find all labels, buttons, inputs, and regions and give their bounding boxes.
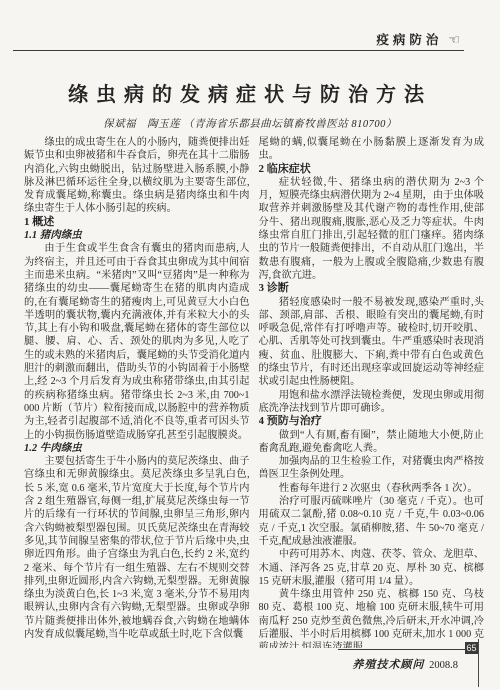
paragraph: 绦虫的成虫寄生在人的小肠内，随粪便排出妊娠节虫和虫卵被猪和牛吞食后，卵壳在其十二… bbox=[24, 136, 250, 216]
page-edge-line bbox=[478, 639, 479, 687]
footer-rule bbox=[338, 649, 477, 650]
paragraph: 由于生食或半生食含有囊虫的猪肉而患病,人为终宿主，并且还可由于吞食其虫卵成为其中… bbox=[24, 242, 250, 441]
paragraph: 症状轻微,牛、猪绦虫病的潜伏期为 2~3 个月，短膜壳绦虫病潜伏期为 2~4 星… bbox=[259, 176, 485, 282]
page-number-badge: 65 bbox=[465, 642, 478, 654]
paragraph: 性畜每年进行 2 次驱虫（春秋两季各 1 次）。 bbox=[259, 482, 485, 495]
section-heading: 2 临床症状 bbox=[259, 163, 485, 176]
paragraph: 做到“人有厕,畜有圈”，禁止随地大小便,防止畜禽乱跑,避免畜禽吃人粪。 bbox=[259, 429, 485, 456]
footer-journal-line: 养殖技术顾问 2008.8 bbox=[352, 656, 458, 672]
pointing-hand-icon: ☜ bbox=[448, 33, 460, 46]
section-heading: 3 诊断 bbox=[259, 282, 485, 295]
paragraph: 尾蚴的螨,似囊尾蚴在小肠黏膜上逐渐发育为成虫。 bbox=[259, 136, 485, 163]
section-heading: 1.1 猪肉绦虫 bbox=[24, 229, 250, 242]
section-label: 疫病防治 bbox=[376, 30, 442, 48]
page-header: 疫病防治 ☜ bbox=[376, 30, 460, 48]
paragraph: 治疗可服丙硫咪唑片（30 毫克 / 千克）。也可用硫双二氯酚,猪 0.08~0.… bbox=[259, 495, 485, 548]
author-affiliation-line: 保斌福 陶玉莲 （青海省乐都县曲坛镇畜牧兽医站 810700） bbox=[0, 116, 500, 131]
right-column: 尾蚴的螨,似囊尾蚴在小肠黏膜上逐渐发育为成虫。2 临床症状症状轻微,牛、猪绦虫病… bbox=[259, 136, 485, 648]
header-rule bbox=[13, 50, 464, 51]
journal-name: 养殖技术顾问 bbox=[352, 659, 424, 671]
section-heading: 1 概述 bbox=[24, 216, 250, 229]
left-column: 绦虫的成虫寄生在人的小肠内，随粪便排出妊娠节虫和虫卵被猪和牛吞食后，卵壳在其十二… bbox=[24, 136, 250, 648]
paragraph: 主要包括寄生于牛小肠内的莫尼茨绦虫、曲子宫绦虫和无卵黄腺绦虫。莫尼茨绦虫多呈乳白… bbox=[24, 455, 250, 641]
journal-issue: 2008.8 bbox=[429, 660, 458, 671]
paragraph: 黄牛绦虫用管仲 250 克、槟榔 150 克、乌枝 80 克、葛根 100 克、… bbox=[259, 588, 485, 648]
article-body: 绦虫的成虫寄生在人的小肠内，随粪便排出妊娠节虫和虫卵被猪和牛吞食后，卵壳在其十二… bbox=[24, 136, 484, 648]
section-heading: 1.2 牛肉绦虫 bbox=[24, 442, 250, 455]
paragraph: 中药可用苏木、肉蔻、茯苓、管众、龙胆草、木通、泽泻各 25 克,甘草 20 克、… bbox=[259, 548, 485, 588]
paragraph: 用饱和盐水漂浮法镜检粪便，发现虫卵或用彻底洗净法找到节片即可确诊。 bbox=[259, 389, 485, 416]
section-heading: 4 预防与治疗 bbox=[259, 415, 485, 428]
article-title: 绦虫病的发病症状与防治方法 bbox=[0, 78, 500, 107]
paragraph: 猪轻度感染时一般不易被发现,感染严重时,头部、颈部,肩部、舌根、眼睑有突出的囊尾… bbox=[259, 296, 485, 389]
journal-page: 疫病防治 ☜ 绦虫病的发病症状与防治方法 保斌福 陶玉莲 （青海省乐都县曲坛镇畜… bbox=[0, 0, 500, 690]
paragraph: 加强肉品的卫生检验工作，对猪囊虫肉严格按兽医卫生条例处理。 bbox=[259, 455, 485, 482]
